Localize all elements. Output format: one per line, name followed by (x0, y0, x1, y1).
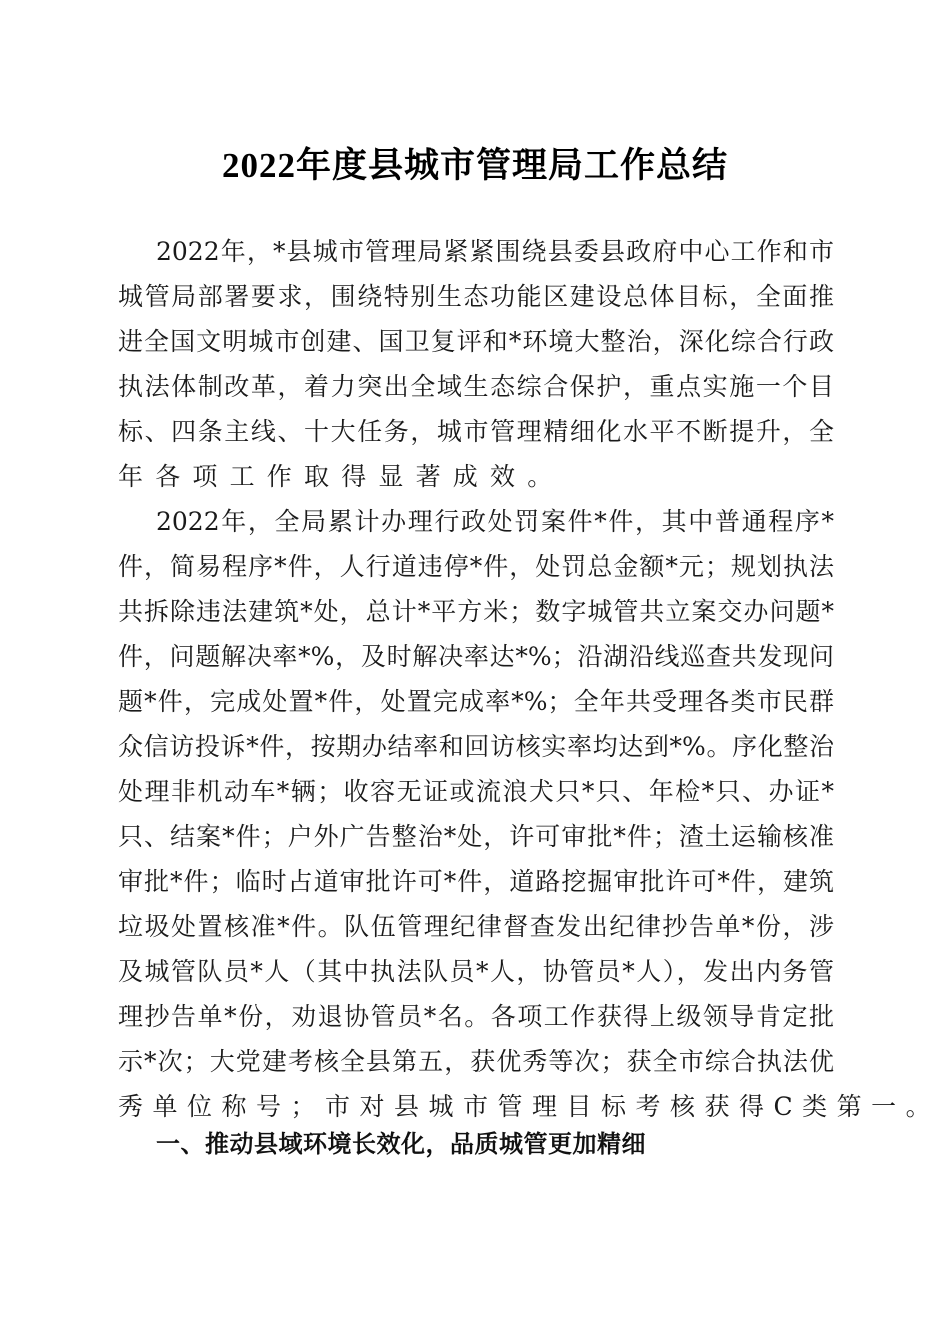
text-line: 只、结案*件；户外广告整治*处，许可审批*件；渣土运输核准 (118, 814, 834, 859)
text-line: 及城管队员*人（其中执法队员*人，协管员*人），发出内务管 (118, 949, 834, 994)
text-line: 城管局部署要求，围绕特别生态功能区建设总体目标，全面推 (118, 274, 834, 319)
section-heading: 一、推动县域环境长效化，品质城管更加精细 (156, 1122, 646, 1167)
text-line: 件，简易程序*件，人行道违停*件，处罚总金额*元；规划执法 (118, 544, 834, 589)
text-line: 众信访投诉*件，按期办结率和回访核实率均达到*%。序化整治 (118, 724, 834, 769)
text-line: 年各项工作取得显著成效。 (118, 454, 834, 499)
text-line: 垃圾处置核准*件。队伍管理纪律督查发出纪律抄告单*份，涉 (118, 904, 834, 949)
text-line: 示*次；大党建考核全县第五，获优秀等次；获全市综合执法优 (118, 1039, 834, 1084)
text-line: 进全国文明城市创建、国卫复评和*环境大整治，深化综合行政 (118, 319, 834, 364)
text-line: 题*件，完成处置*件，处置完成率*%；全年共受理各类市民群 (118, 679, 834, 724)
text-line: 共拆除违法建筑*处，总计*平方米；数字城管共立案交办问题* (118, 589, 834, 634)
text-line: 处理非机动车*辆；收容无证或流浪犬只*只、年检*只、办证* (118, 769, 834, 814)
text-line: 执法体制改革，着力突出全域生态综合保护，重点实施一个目 (118, 364, 834, 409)
text-line: 2022年，全局累计办理行政处罚案件*件，其中普通程序* (156, 499, 834, 544)
text-line: 2022年，*县城市管理局紧紧围绕县委县政府中心工作和市 (156, 229, 834, 274)
text-line: 审批*件；临时占道审批许可*件，道路挖掘审批许可*件，建筑 (118, 859, 834, 904)
text-line: 理抄告单*份，劝退协管员*名。各项工作获得上级领导肯定批 (118, 994, 834, 1039)
document-title: 2022年度县城市管理局工作总结 (0, 138, 950, 188)
text-line: 标、四条主线、十大任务，城市管理精细化水平不断提升，全 (118, 409, 834, 454)
text-line: 件，问题解决率*%，及时解决率达*%；沿湖沿线巡查共发现问 (118, 634, 834, 679)
